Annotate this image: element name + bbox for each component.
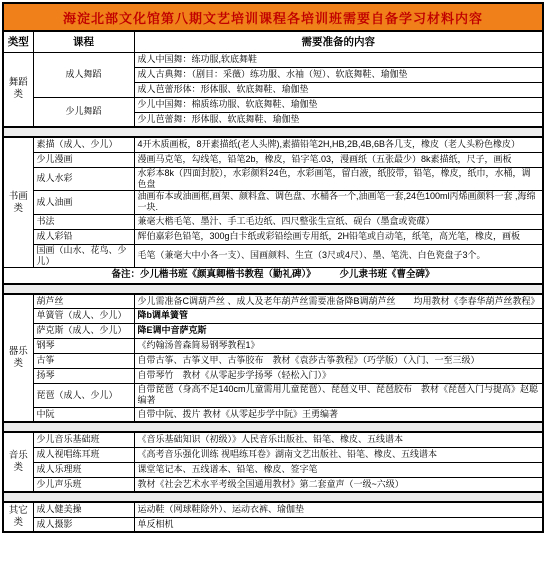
course-cell: 少儿舞蹈 bbox=[33, 97, 134, 127]
column-header-course: 课程 bbox=[33, 31, 134, 52]
table-row: 书画类素描（成人、少儿）4开木质画板，8开素描纸(老人头牌),素描铅笔2H,HB… bbox=[3, 137, 543, 152]
separator-cell bbox=[3, 422, 543, 432]
content-cell: 水彩本8k（四面封胶），水彩颜料24色，水彩画笔，留白液，纸胶带，铅笔，橡皮，纸… bbox=[134, 167, 543, 191]
course-cell: 中阮 bbox=[33, 407, 134, 422]
content-cell: 辉伯嘉彩色铅笔，300g白卡纸或彩铅绘画专用纸，2H铅笔或自动笔，纸笔，高光笔，… bbox=[134, 229, 543, 244]
content-cell: 《约翰汤普森简易钢琴教程1》 bbox=[134, 339, 543, 354]
course-cell: 成人视唱练耳班 bbox=[33, 447, 134, 462]
content-cell: 漫画马克笔，勾线笔，铅笔2b，橡皮，铅字笔.03，漫画纸（五张最少）8k素描纸，… bbox=[134, 152, 543, 167]
table-row: 音乐类少儿音乐基础班《音乐基础知识（初级）》人民音乐出版社、铅笔、橡皮、五线谱本 bbox=[3, 432, 543, 447]
section-separator bbox=[3, 284, 543, 294]
table-row: 成人视唱练耳班《高考音乐强化训练 视唱练耳卷》湖南文艺出版社、铅笔、橡皮、五线谱… bbox=[3, 447, 543, 462]
content-cell: 油画布本或油画框,画架、颜料盒、调色盘、水桶各一个,油画笔一套,24色100ml… bbox=[134, 191, 543, 215]
table-body: 舞蹈类成人舞蹈成人中国舞：练功服,软底舞鞋成人古典舞：（剧目：采薇）练功服、水袖… bbox=[3, 52, 543, 532]
content-cell: 《音乐基础知识（初级）》人民音乐出版社、铅笔、橡皮、五线谱本 bbox=[134, 432, 543, 447]
type-cell: 舞蹈类 bbox=[3, 52, 33, 127]
course-cell: 萨克斯（成人、少儿） bbox=[33, 324, 134, 339]
content-cell: 少儿芭蕾舞：形体服、软底舞鞋、瑜伽垫 bbox=[134, 112, 543, 127]
table-row: 器乐类葫芦丝少儿需准备C调葫芦丝 、成人及老年葫芦丝需要准备降B调葫芦丝 均用教… bbox=[3, 294, 543, 309]
content-cell: 单反相机 bbox=[134, 517, 543, 532]
section-separator bbox=[3, 422, 543, 432]
section-separator bbox=[3, 492, 543, 502]
note-cell: 备注：少儿楷书班《颜真卿楷书教程（勤礼碑）》 少儿隶书班《曹全碑》 bbox=[3, 268, 543, 284]
page-title: 海淀北部文化馆第八期文艺培训课程各培训班需要自备学习材料内容 bbox=[3, 3, 543, 31]
table-row: 少儿漫画漫画马克笔，勾线笔，铅笔2b，橡皮，铅字笔.03，漫画纸（五张最少）8k… bbox=[3, 152, 543, 167]
content-cell: 成人古典舞：（剧目：采薇）练功服、水袖（短）、软底舞鞋、瑜伽垫 bbox=[134, 67, 543, 82]
content-cell: 自带琴竹 教材《从零起步学扬琴（轻松入门）》 bbox=[134, 369, 543, 384]
content-cell: 运动鞋（网球鞋除外）、运动衣裤、瑜伽垫 bbox=[134, 502, 543, 517]
separator-cell bbox=[3, 127, 543, 137]
content-cell: 降b调单簧管 bbox=[134, 309, 543, 324]
content-cell: 自带中阮、拨片 教材《从零起步学中阮》王勇编著 bbox=[134, 407, 543, 422]
note-row: 备注：少儿楷书班《颜真卿楷书教程（勤礼碑）》 少儿隶书班《曹全碑》 bbox=[3, 268, 543, 284]
content-cell: 少儿需准备C调葫芦丝 、成人及老年葫芦丝需要准备降B调葫芦丝 均用教材《李春华葫… bbox=[134, 294, 543, 309]
content-cell: 降E调中音萨克斯 bbox=[134, 324, 543, 339]
table-row: 古筝自带古筝、古筝义甲、古筝胶布 教材《袁莎古筝教程》（巧学版）（入门、一至三级… bbox=[3, 354, 543, 369]
content-cell: 课堂笔记本、五线谱本、铅笔、橡皮、签字笔 bbox=[134, 462, 543, 477]
table-row: 成人摄影单反相机 bbox=[3, 517, 543, 532]
separator-cell bbox=[3, 284, 543, 294]
course-cell: 单簧管（成人、少儿） bbox=[33, 309, 134, 324]
materials-table: 海淀北部文化馆第八期文艺培训课程各培训班需要自备学习材料内容 类型 课程 需要准… bbox=[2, 2, 544, 533]
course-cell: 成人舞蹈 bbox=[33, 52, 134, 97]
type-cell: 器乐类 bbox=[3, 294, 33, 423]
table-row: 单簧管（成人、少儿）降b调单簧管 bbox=[3, 309, 543, 324]
column-header-row: 类型 课程 需要准备的内容 bbox=[3, 31, 543, 52]
content-cell: 《高考音乐强化训练 视唱练耳卷》湖南文艺出版社、铅笔、橡皮、五线谱本 bbox=[134, 447, 543, 462]
type-cell: 书画类 bbox=[3, 137, 33, 268]
course-cell: 成人彩铅 bbox=[33, 229, 134, 244]
course-cell: 素描（成人、少儿） bbox=[33, 137, 134, 152]
course-cell: 钢琴 bbox=[33, 339, 134, 354]
table-row: 其它类成人健美操运动鞋（网球鞋除外）、运动衣裤、瑜伽垫 bbox=[3, 502, 543, 517]
type-cell: 音乐类 bbox=[3, 432, 33, 492]
table-row: 钢琴《约翰汤普森简易钢琴教程1》 bbox=[3, 339, 543, 354]
table-row: 少儿舞蹈少儿中国舞：棉质练功服、软底舞鞋、瑜伽垫 bbox=[3, 97, 543, 112]
table-row: 萨克斯（成人、少儿）降E调中音萨克斯 bbox=[3, 324, 543, 339]
table-row: 成人水彩水彩本8k（四面封胶），水彩颜料24色，水彩画笔，留白液，纸胶带，铅笔，… bbox=[3, 167, 543, 191]
course-cell: 扬琴 bbox=[33, 369, 134, 384]
content-cell: 4开木质画板，8开素描纸(老人头牌),素描铅笔2H,HB,2B,4B,6B各几支… bbox=[134, 137, 543, 152]
separator-cell bbox=[3, 492, 543, 502]
column-header-type: 类型 bbox=[3, 31, 33, 52]
table-row: 琵琶（成人、少儿）自带琵琶（身高不足140cm儿童需用儿童琵琶）、琵琶义甲、琵琶… bbox=[3, 384, 543, 408]
course-cell: 成人油画 bbox=[33, 191, 134, 215]
course-cell: 琵琶（成人、少儿） bbox=[33, 384, 134, 408]
content-cell: 毛笔（兼毫大中小各一支）、国画颜料、生宣（3尺或4尺）、墨、笔洗、白色瓷盘子3个… bbox=[134, 244, 543, 268]
worksheet-page: 海淀北部文化馆第八期文艺培训课程各培训班需要自备学习材料内容 类型 课程 需要准… bbox=[0, 0, 545, 535]
course-cell: 古筝 bbox=[33, 354, 134, 369]
table-row: 扬琴自带琴竹 教材《从零起步学扬琴（轻松入门）》 bbox=[3, 369, 543, 384]
course-cell: 少儿漫画 bbox=[33, 152, 134, 167]
course-cell: 少儿声乐班 bbox=[33, 477, 134, 492]
course-cell: 葫芦丝 bbox=[33, 294, 134, 309]
course-cell: 成人乐理班 bbox=[33, 462, 134, 477]
table-row: 成人油画油画布本或油画框,画架、颜料盒、调色盘、水桶各一个,油画笔一套,24色1… bbox=[3, 191, 543, 215]
course-cell: 书法 bbox=[33, 214, 134, 229]
course-cell: 成人健美操 bbox=[33, 502, 134, 517]
section-separator bbox=[3, 127, 543, 137]
course-cell: 成人水彩 bbox=[33, 167, 134, 191]
table-row: 少儿声乐班教材《社会艺术水平考级全国通用教材》第二套童声（一级~六级） bbox=[3, 477, 543, 492]
content-cell: 兼毫大楷毛笔、墨汁、手工毛边纸、四尺整张生宣纸、砚台（墨盒或瓷碟） bbox=[134, 214, 543, 229]
table-row: 书法兼毫大楷毛笔、墨汁、手工毛边纸、四尺整张生宣纸、砚台（墨盒或瓷碟） bbox=[3, 214, 543, 229]
type-cell: 其它类 bbox=[3, 502, 33, 532]
table-row: 中阮自带中阮、拨片 教材《从零起步学中阮》王勇编著 bbox=[3, 407, 543, 422]
table-row: 成人乐理班课堂笔记本、五线谱本、铅笔、橡皮、签字笔 bbox=[3, 462, 543, 477]
content-cell: 教材《社会艺术水平考级全国通用教材》第二套童声（一级~六级） bbox=[134, 477, 543, 492]
content-cell: 自带琵琶（身高不足140cm儿童需用儿童琵琶）、琵琶义甲、琵琶胶布 教材《琵琶入… bbox=[134, 384, 543, 408]
table-row: 舞蹈类成人舞蹈成人中国舞：练功服,软底舞鞋 bbox=[3, 52, 543, 67]
course-cell: 成人摄影 bbox=[33, 517, 134, 532]
table-row: 国画（山水、花鸟、少儿）毛笔（兼毫大中小各一支）、国画颜料、生宣（3尺或4尺）、… bbox=[3, 244, 543, 268]
content-cell: 少儿中国舞：棉质练功服、软底舞鞋、瑜伽垫 bbox=[134, 97, 543, 112]
course-cell: 少儿音乐基础班 bbox=[33, 432, 134, 447]
content-cell: 自带古筝、古筝义甲、古筝胶布 教材《袁莎古筝教程》（巧学版）（入门、一至三级） bbox=[134, 354, 543, 369]
content-cell: 成人中国舞：练功服,软底舞鞋 bbox=[134, 52, 543, 67]
title-row: 海淀北部文化馆第八期文艺培训课程各培训班需要自备学习材料内容 bbox=[3, 3, 543, 31]
course-cell: 国画（山水、花鸟、少儿） bbox=[33, 244, 134, 268]
column-header-content: 需要准备的内容 bbox=[134, 31, 543, 52]
content-cell: 成人芭蕾形体：形体服、软底舞鞋、瑜伽垫 bbox=[134, 82, 543, 97]
table-row: 成人彩铅辉伯嘉彩色铅笔，300g白卡纸或彩铅绘画专用纸，2H铅笔或自动笔，纸笔，… bbox=[3, 229, 543, 244]
